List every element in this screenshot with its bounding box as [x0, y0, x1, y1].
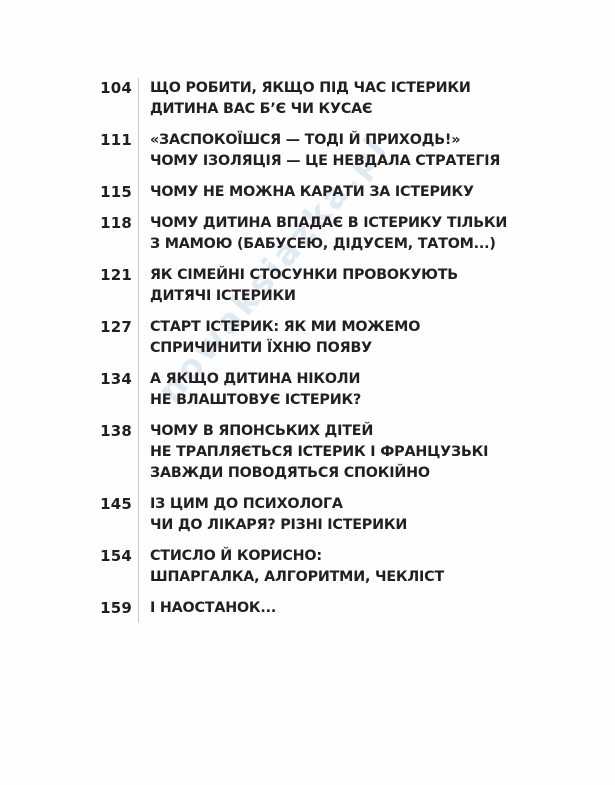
- chapter-title: СТАРТ ІСТЕРИК: ЯК МИ МОЖЕМОСПРИЧИНИТИ ЇХ…: [150, 317, 420, 359]
- book-page: nowaksiazka.pl 104 ЩО РОБИТИ, ЯКЩО ПІД Ч…: [0, 0, 615, 785]
- chapter-title-line: ЩО РОБИТИ, ЯКЩО ПІД ЧАС ІСТЕРИКИ: [150, 78, 471, 99]
- chapter-title-line: НЕ ТРАПЛЯЄТЬСЯ ІСТЕРИК І ФРАНЦУЗЬКІ: [150, 442, 488, 463]
- chapter-title-line: ДИТЯЧІ ІСТЕРИКИ: [150, 286, 458, 307]
- toc-entry[interactable]: 104 ЩО РОБИТИ, ЯКЩО ПІД ЧАС ІСТЕРИКИДИТИ…: [95, 78, 515, 120]
- toc-entry[interactable]: 127 СТАРТ ІСТЕРИК: ЯК МИ МОЖЕМОСПРИЧИНИТ…: [95, 317, 515, 359]
- page-number: 138: [95, 421, 132, 484]
- chapter-title: СТИСЛО Й КОРИСНО:ШПАРГАЛКА, АЛГОРИТМИ, Ч…: [150, 546, 444, 588]
- chapter-title: ЯК СІМЕЙНІ СТОСУНКИ ПРОВОКУЮТЬДИТЯЧІ ІСТ…: [150, 265, 458, 307]
- page-number: 118: [95, 213, 132, 255]
- chapter-title-line: ШПАРГАЛКА, АЛГОРИТМИ, ЧЕКЛІСТ: [150, 567, 444, 588]
- toc-entry[interactable]: 118 ЧОМУ ДИТИНА ВПАДАЄ В ІСТЕРИКУ ТІЛЬКИ…: [95, 213, 515, 255]
- chapter-title-line: ЧОМУ ДИТИНА ВПАДАЄ В ІСТЕРИКУ ТІЛЬКИ: [150, 213, 507, 234]
- toc-entry[interactable]: 154 СТИСЛО Й КОРИСНО:ШПАРГАЛКА, АЛГОРИТМ…: [95, 546, 515, 588]
- page-number: 127: [95, 317, 132, 359]
- chapter-title-line: СТИСЛО Й КОРИСНО:: [150, 546, 444, 567]
- chapter-title-line: ЧОМУ НЕ МОЖНА КАРАТИ ЗА ІСТЕРИКУ: [150, 182, 474, 203]
- chapter-title-line: З МАМОЮ (БАБУСЕЮ, ДІДУСЕМ, ТАТОМ...): [150, 234, 507, 255]
- chapter-title-line: ЧИ ДО ЛІКАРЯ? РІЗНІ ІСТЕРИКИ: [150, 515, 407, 536]
- chapter-title: А ЯКЩО ДИТИНА НІКОЛИНЕ ВЛАШТОВУЄ ІСТЕРИК…: [150, 369, 361, 411]
- page-number: 111: [95, 130, 132, 172]
- chapter-title-line: СТАРТ ІСТЕРИК: ЯК МИ МОЖЕМО: [150, 317, 420, 338]
- chapter-title-line: ЧОМУ В ЯПОНСЬКИХ ДІТЕЙ: [150, 421, 488, 442]
- chapter-title: ЧОМУ НЕ МОЖНА КАРАТИ ЗА ІСТЕРИКУ: [150, 182, 474, 203]
- chapter-title-line: ЧОМУ ІЗОЛЯЦІЯ — ЦЕ НЕВДАЛА СТРАТЕГІЯ: [150, 151, 500, 172]
- chapter-title-line: «ЗАСПОКОЇШСЯ — ТОДІ Й ПРИХОДЬ!»: [150, 130, 500, 151]
- toc-entries: 104 ЩО РОБИТИ, ЯКЩО ПІД ЧАС ІСТЕРИКИДИТИ…: [95, 78, 515, 619]
- table-of-contents: 104 ЩО РОБИТИ, ЯКЩО ПІД ЧАС ІСТЕРИКИДИТИ…: [95, 78, 515, 629]
- toc-entry[interactable]: 145 ІЗ ЦИМ ДО ПСИХОЛОГАЧИ ДО ЛІКАРЯ? РІЗ…: [95, 494, 515, 536]
- chapter-title-line: ІЗ ЦИМ ДО ПСИХОЛОГА: [150, 494, 407, 515]
- page-number: 115: [95, 182, 132, 203]
- page-number: 104: [95, 78, 132, 120]
- chapter-title-line: І НАОСТАНОК...: [150, 598, 276, 619]
- page-number: 159: [95, 598, 132, 619]
- toc-entry[interactable]: 159 І НАОСТАНОК...: [95, 598, 515, 619]
- toc-entry[interactable]: 115 ЧОМУ НЕ МОЖНА КАРАТИ ЗА ІСТЕРИКУ: [95, 182, 515, 203]
- chapter-title: ЧОМУ В ЯПОНСЬКИХ ДІТЕЙНЕ ТРАПЛЯЄТЬСЯ ІСТ…: [150, 421, 488, 484]
- toc-entry[interactable]: 121 ЯК СІМЕЙНІ СТОСУНКИ ПРОВОКУЮТЬДИТЯЧІ…: [95, 265, 515, 307]
- chapter-title-line: НЕ ВЛАШТОВУЄ ІСТЕРИК?: [150, 390, 361, 411]
- chapter-title-line: ДИТИНА ВАС Б’Є ЧИ КУСАЄ: [150, 99, 471, 120]
- page-number: 134: [95, 369, 132, 411]
- toc-entry[interactable]: 138 ЧОМУ В ЯПОНСЬКИХ ДІТЕЙНЕ ТРАПЛЯЄТЬСЯ…: [95, 421, 515, 484]
- chapter-title: «ЗАСПОКОЇШСЯ — ТОДІ Й ПРИХОДЬ!»ЧОМУ ІЗОЛ…: [150, 130, 500, 172]
- page-number: 154: [95, 546, 132, 588]
- chapter-title-line: СПРИЧИНИТИ ЇХНЮ ПОЯВУ: [150, 338, 420, 359]
- chapter-title-line: А ЯКЩО ДИТИНА НІКОЛИ: [150, 369, 361, 390]
- chapter-title-line: ЗАВЖДИ ПОВОДЯТЬСЯ СПОКІЙНО: [150, 463, 488, 484]
- chapter-title-line: ЯК СІМЕЙНІ СТОСУНКИ ПРОВОКУЮТЬ: [150, 265, 458, 286]
- page-number: 145: [95, 494, 132, 536]
- chapter-title: І НАОСТАНОК...: [150, 598, 276, 619]
- chapter-title: ІЗ ЦИМ ДО ПСИХОЛОГАЧИ ДО ЛІКАРЯ? РІЗНІ І…: [150, 494, 407, 536]
- chapter-title: ЧОМУ ДИТИНА ВПАДАЄ В ІСТЕРИКУ ТІЛЬКИЗ МА…: [150, 213, 507, 255]
- page-number: 121: [95, 265, 132, 307]
- toc-entry[interactable]: 111 «ЗАСПОКОЇШСЯ — ТОДІ Й ПРИХОДЬ!»ЧОМУ …: [95, 130, 515, 172]
- chapter-title: ЩО РОБИТИ, ЯКЩО ПІД ЧАС ІСТЕРИКИДИТИНА В…: [150, 78, 471, 120]
- toc-entry[interactable]: 134 А ЯКЩО ДИТИНА НІКОЛИНЕ ВЛАШТОВУЄ ІСТ…: [95, 369, 515, 411]
